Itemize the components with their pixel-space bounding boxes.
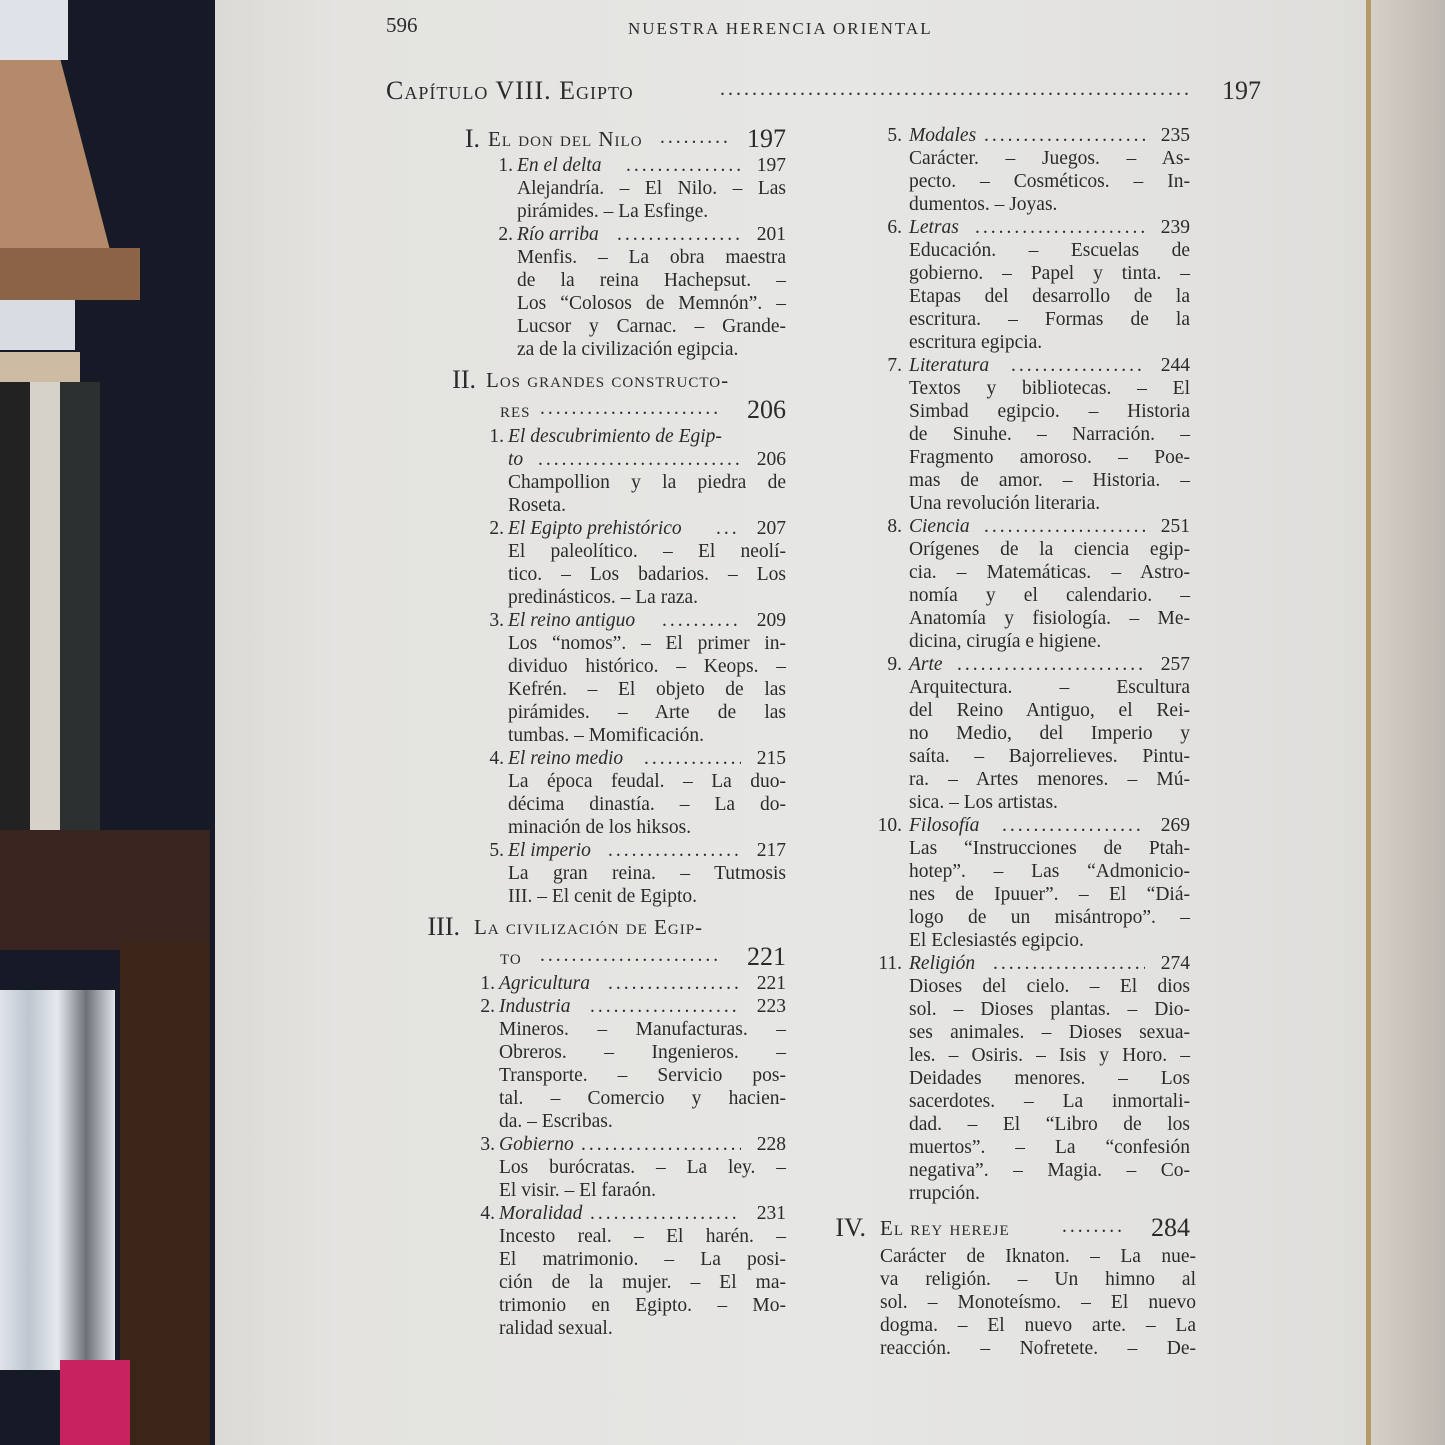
section-dot-leader: ........................................… xyxy=(1062,1215,1124,1238)
item-description-line: Una revolución literaria. xyxy=(909,492,1100,515)
item-description-line: La gran reina. – Tutmosis xyxy=(508,862,786,885)
item-description-line: tal. – Comercio y hacien- xyxy=(499,1087,786,1110)
item-dot-leader: ........................................… xyxy=(608,839,741,862)
item-description-line: de la reina Hachepsut. – xyxy=(517,269,786,292)
item-number: 2. xyxy=(487,223,513,246)
item-description-line: Etapas del desarrollo de la xyxy=(909,285,1190,308)
item-title: Gobierno xyxy=(499,1133,574,1156)
item-page: 257 xyxy=(1145,653,1190,676)
item-description-line: saíta. – Bajorrelieves. Pintu- xyxy=(909,745,1190,768)
item-title: El descubrimiento de Egip- xyxy=(508,425,722,448)
item-dot-leader: ........................................… xyxy=(984,124,1145,147)
item-description-line: negativa”. – Magia. – Co- xyxy=(909,1159,1190,1182)
item-title: Arte xyxy=(909,653,943,676)
item-description-line: Simbad egipcio. – Historia xyxy=(909,400,1190,423)
section-description-line: sol. – Monoteísmo. – El nuevo xyxy=(880,1291,1196,1314)
item-dot-leader: ........................................… xyxy=(538,448,741,471)
item-page: 209 xyxy=(741,609,786,632)
item-title: Religión xyxy=(909,952,975,975)
item-dot-leader: ........................................… xyxy=(1002,814,1145,837)
item-description-line: tumbas. – Momificación. xyxy=(508,724,704,747)
item-description-line: Incesto real. – El harén. – xyxy=(499,1225,786,1248)
adjacent-page-edge xyxy=(1371,0,1445,1445)
item-description-line: El Eclesiastés egipcio. xyxy=(909,929,1084,952)
item-dot-leader: ........................................… xyxy=(662,609,741,632)
item-description-line: Lucsor y Carnac. – Grande- xyxy=(517,315,786,338)
item-description-line: Alejandría. – El Nilo. – Las xyxy=(517,177,786,200)
item-description-line: III. – El cenit de Egipto. xyxy=(508,885,697,908)
item-description-line: no Medio, del Imperio y xyxy=(909,722,1190,745)
item-number: 1. xyxy=(487,154,513,177)
item-description-line: Dioses del cielo. – El dios xyxy=(909,975,1190,998)
book-spine-white-top xyxy=(0,0,68,60)
item-description-line: tico. – Los badarios. – Los xyxy=(508,563,786,586)
item-page: 207 xyxy=(741,517,786,540)
item-page: 251 xyxy=(1145,515,1190,538)
item-page: 269 xyxy=(1145,814,1190,837)
item-number: 9. xyxy=(868,653,902,676)
item-description-line: ses animales. – Dioses sexua- xyxy=(909,1021,1190,1044)
item-number: 5. xyxy=(478,839,504,862)
item-description-line: pirámides. – Arte de las xyxy=(508,701,786,724)
item-description-line: predinásticos. – La raza. xyxy=(508,586,698,609)
book-dark xyxy=(0,382,30,842)
item-description-line: nomía y el calendario. – xyxy=(909,584,1190,607)
section-description-line: va religión. – Un himno al xyxy=(880,1268,1196,1291)
item-description-line: escritura. – Formas de la xyxy=(909,308,1190,331)
item-description-line: Menfis. – La obra maestra xyxy=(517,246,786,269)
item-description-line: ción de la mujer. – El ma- xyxy=(499,1271,786,1294)
section-page: 221 xyxy=(726,942,786,972)
item-dot-leader: ........................................… xyxy=(957,653,1145,676)
item-dot-leader: ........................................… xyxy=(626,154,741,177)
item-page: 244 xyxy=(1145,354,1190,377)
item-description-line: hotep”. – Las “Admonicio- xyxy=(909,860,1190,883)
item-page: 228 xyxy=(741,1133,786,1156)
section-page: 197 xyxy=(726,124,786,154)
item-description-line: pecto. – Cosméticos. – In- xyxy=(909,170,1190,193)
item-dot-leader: ........................................… xyxy=(993,952,1145,975)
item-number: 11. xyxy=(868,952,902,975)
item-number: 4. xyxy=(469,1202,495,1225)
book-dark-2 xyxy=(60,382,100,842)
item-page: 221 xyxy=(741,972,786,995)
item-description-line: logo de un misántropo”. – xyxy=(909,906,1190,929)
item-title: En el delta xyxy=(517,154,601,177)
section-dot-leader: ........................................… xyxy=(540,944,720,967)
item-description-line: les. – Osiris. – Isis y Horo. – xyxy=(909,1044,1190,1067)
item-title: Ciencia xyxy=(909,515,970,538)
item-number: 1. xyxy=(469,972,495,995)
item-description-line: da. – Escribas. xyxy=(499,1110,613,1133)
item-title: Letras xyxy=(909,216,959,239)
item-description-line: Arquitectura. – Escultura xyxy=(909,676,1190,699)
item-description-line: minación de los hiksos. xyxy=(508,816,691,839)
item-description-line: ralidad sexual. xyxy=(499,1317,613,1340)
item-description-line: Deidades menores. – Los xyxy=(909,1067,1190,1090)
item-dot-leader: ........................................… xyxy=(617,223,741,246)
item-page: 206 xyxy=(741,448,786,471)
item-description-line: muertos”. – La “confesión xyxy=(909,1136,1190,1159)
item-dot-leader: ........................................… xyxy=(1011,354,1145,377)
item-description-line: Anatomía y fisiología. – Me- xyxy=(909,607,1190,630)
item-description-line: Los burócratas. – La ley. – xyxy=(499,1156,786,1179)
item-description-line: dad. – El “Libro de los xyxy=(909,1113,1190,1136)
section-description-line: dogma. – El nuevo arte. – La xyxy=(880,1314,1196,1337)
item-description-line: décima dinastía. – La do- xyxy=(508,793,786,816)
section-numeral: I. xyxy=(440,124,480,154)
section-title: res xyxy=(500,395,531,425)
item-dot-leader: ........................................… xyxy=(716,517,741,540)
item-number: 3. xyxy=(478,609,504,632)
item-description-line: trimonio en Egipto. – Mo- xyxy=(499,1294,786,1317)
item-description-line: La época feudal. – La duo- xyxy=(508,770,786,793)
item-description-line: Orígenes de la ciencia egip- xyxy=(909,538,1190,561)
chapter-dot-leader: ........................................… xyxy=(720,78,1190,101)
item-description-line: Obreros. – Ingenieros. – xyxy=(499,1041,786,1064)
book-white xyxy=(0,300,75,350)
item-description-line: cia. – Matemáticas. – Astro- xyxy=(909,561,1190,584)
item-description-line: Los “nomos”. – El primer in- xyxy=(508,632,786,655)
item-title: Literatura xyxy=(909,354,989,377)
item-number: 2. xyxy=(469,995,495,1018)
shelf-post xyxy=(120,940,210,1445)
item-title: Río arriba xyxy=(517,223,599,246)
item-description-line: Champollion y la piedra de xyxy=(508,471,786,494)
item-description-line: Carácter. – Juegos. – As- xyxy=(909,147,1190,170)
item-page: 201 xyxy=(741,223,786,246)
item-dot-leader: ........................................… xyxy=(590,995,741,1018)
item-page: 274 xyxy=(1145,952,1190,975)
book-beige xyxy=(0,352,80,382)
item-number: 6. xyxy=(868,216,902,239)
item-description-line: Fragmento amoroso. – Poe- xyxy=(909,446,1190,469)
item-title: Industria xyxy=(499,995,571,1018)
item-description-line: mas de amor. – Historia. – xyxy=(909,469,1190,492)
section-dot-leader: ........................................… xyxy=(540,397,720,420)
section-numeral: II. xyxy=(436,365,476,395)
section-page: 284 xyxy=(1130,1213,1190,1243)
item-page: 215 xyxy=(741,747,786,770)
chapter-title: Capítulo VIII. Egipto xyxy=(386,76,634,106)
item-description-line: sica. – Los artistas. xyxy=(909,791,1058,814)
item-number: 10. xyxy=(868,814,902,837)
item-number: 5. xyxy=(868,124,902,147)
item-page: 217 xyxy=(741,839,786,862)
item-description-line: Transporte. – Servicio pos- xyxy=(499,1064,786,1087)
item-description-line: Las “Instrucciones de Ptah- xyxy=(909,837,1190,860)
item-description-line: del Reino Antiguo, el Rei- xyxy=(909,699,1190,722)
item-number: 3. xyxy=(469,1133,495,1156)
item-description-line: El matrimonio. – La posi- xyxy=(499,1248,786,1271)
item-title: El Egipto prehistórico xyxy=(508,517,682,540)
item-description-line: Mineros. – Manufacturas. – xyxy=(499,1018,786,1041)
item-dot-leader: ........................................… xyxy=(608,972,741,995)
item-description-line: sol. – Dioses plantas. – Dio- xyxy=(909,998,1190,1021)
section-title: Los grandes constructo- xyxy=(486,365,729,395)
section-title: to xyxy=(500,942,522,972)
item-description-line: Los “Colosos de Memnón”. – xyxy=(517,292,786,315)
item-dot-leader: ........................................… xyxy=(581,1133,741,1156)
item-number: 1. xyxy=(478,425,504,448)
item-title: Filosofía xyxy=(909,814,979,837)
page-number: 596 xyxy=(386,14,418,37)
item-title-cont: to xyxy=(508,448,523,471)
item-title: Moralidad xyxy=(499,1202,582,1225)
item-dot-leader: ........................................… xyxy=(975,216,1145,239)
section-title: El rey hereje xyxy=(880,1213,1010,1243)
shelf-board-bottom xyxy=(0,830,210,950)
item-dot-leader: ........................................… xyxy=(644,747,741,770)
item-title: El reino antiguo xyxy=(508,609,635,632)
section-numeral: IV. xyxy=(822,1213,866,1243)
item-description-line: sacerdotes. – La inmortali- xyxy=(909,1090,1190,1113)
section-description-line: reacción. – Nofretete. – De- xyxy=(880,1337,1196,1360)
chapter-page: 197 xyxy=(1222,76,1261,106)
section-dot-leader: ........................................… xyxy=(660,126,730,149)
item-page: 231 xyxy=(741,1202,786,1225)
section-numeral: III. xyxy=(420,912,460,942)
item-description-line: gobierno. – Papel y tinta. – xyxy=(909,262,1190,285)
shelf-board-top xyxy=(0,248,140,300)
item-description-line: dumentos. – Joyas. xyxy=(909,193,1057,216)
item-description-line: za de la civilización egipcia. xyxy=(517,338,738,361)
item-dot-leader: ........................................… xyxy=(590,1202,741,1225)
item-description-line: ra. – Artes menores. – Mú- xyxy=(909,768,1190,791)
item-description-line: Kefrén. – El objeto de las xyxy=(508,678,786,701)
section-title: La civilización de Egip- xyxy=(474,912,703,942)
section-title: El don del Nilo xyxy=(488,124,643,154)
item-number: 2. xyxy=(478,517,504,540)
item-number: 7. xyxy=(868,354,902,377)
item-page: 223 xyxy=(741,995,786,1018)
item-page: 197 xyxy=(741,154,786,177)
running-title: NUESTRA HERENCIA ORIENTAL xyxy=(628,17,933,40)
item-description-line: Roseta. xyxy=(508,494,566,517)
item-description-line: El paleolítico. – El neolí- xyxy=(508,540,786,563)
section-page: 206 xyxy=(726,395,786,425)
item-title: El imperio xyxy=(508,839,591,862)
item-title: Modales xyxy=(909,124,976,147)
item-dot-leader: ........................................… xyxy=(984,515,1145,538)
item-description-line: rrupción. xyxy=(909,1182,980,1205)
item-description-line: Educación. – Escuelas de xyxy=(909,239,1190,262)
item-number: 4. xyxy=(478,747,504,770)
book-white-bottom xyxy=(0,990,115,1370)
item-page: 235 xyxy=(1145,124,1190,147)
item-page: 239 xyxy=(1145,216,1190,239)
item-description-line: Textos y bibliotecas. – El xyxy=(909,377,1190,400)
item-title: El reino medio xyxy=(508,747,623,770)
item-description-line: dividuo histórico. – Keops. – xyxy=(508,655,786,678)
item-description-line: dicina, cirugía e higiene. xyxy=(909,630,1101,653)
book-cream xyxy=(30,382,60,842)
item-description-line: El visir. – El faraón. xyxy=(499,1179,656,1202)
item-description-line: de Sinuhe. – Narración. – xyxy=(909,423,1190,446)
item-description-line: escritura egipcia. xyxy=(909,331,1042,354)
item-number: 8. xyxy=(868,515,902,538)
item-title: Agricultura xyxy=(499,972,590,995)
book-pink xyxy=(60,1360,130,1445)
section-description-line: Carácter de Iknaton. – La nue- xyxy=(880,1245,1196,1268)
item-description-line: nes de Ipuuer”. – El “Diá- xyxy=(909,883,1190,906)
item-description-line: pirámides. – La Esfinge. xyxy=(517,200,708,223)
